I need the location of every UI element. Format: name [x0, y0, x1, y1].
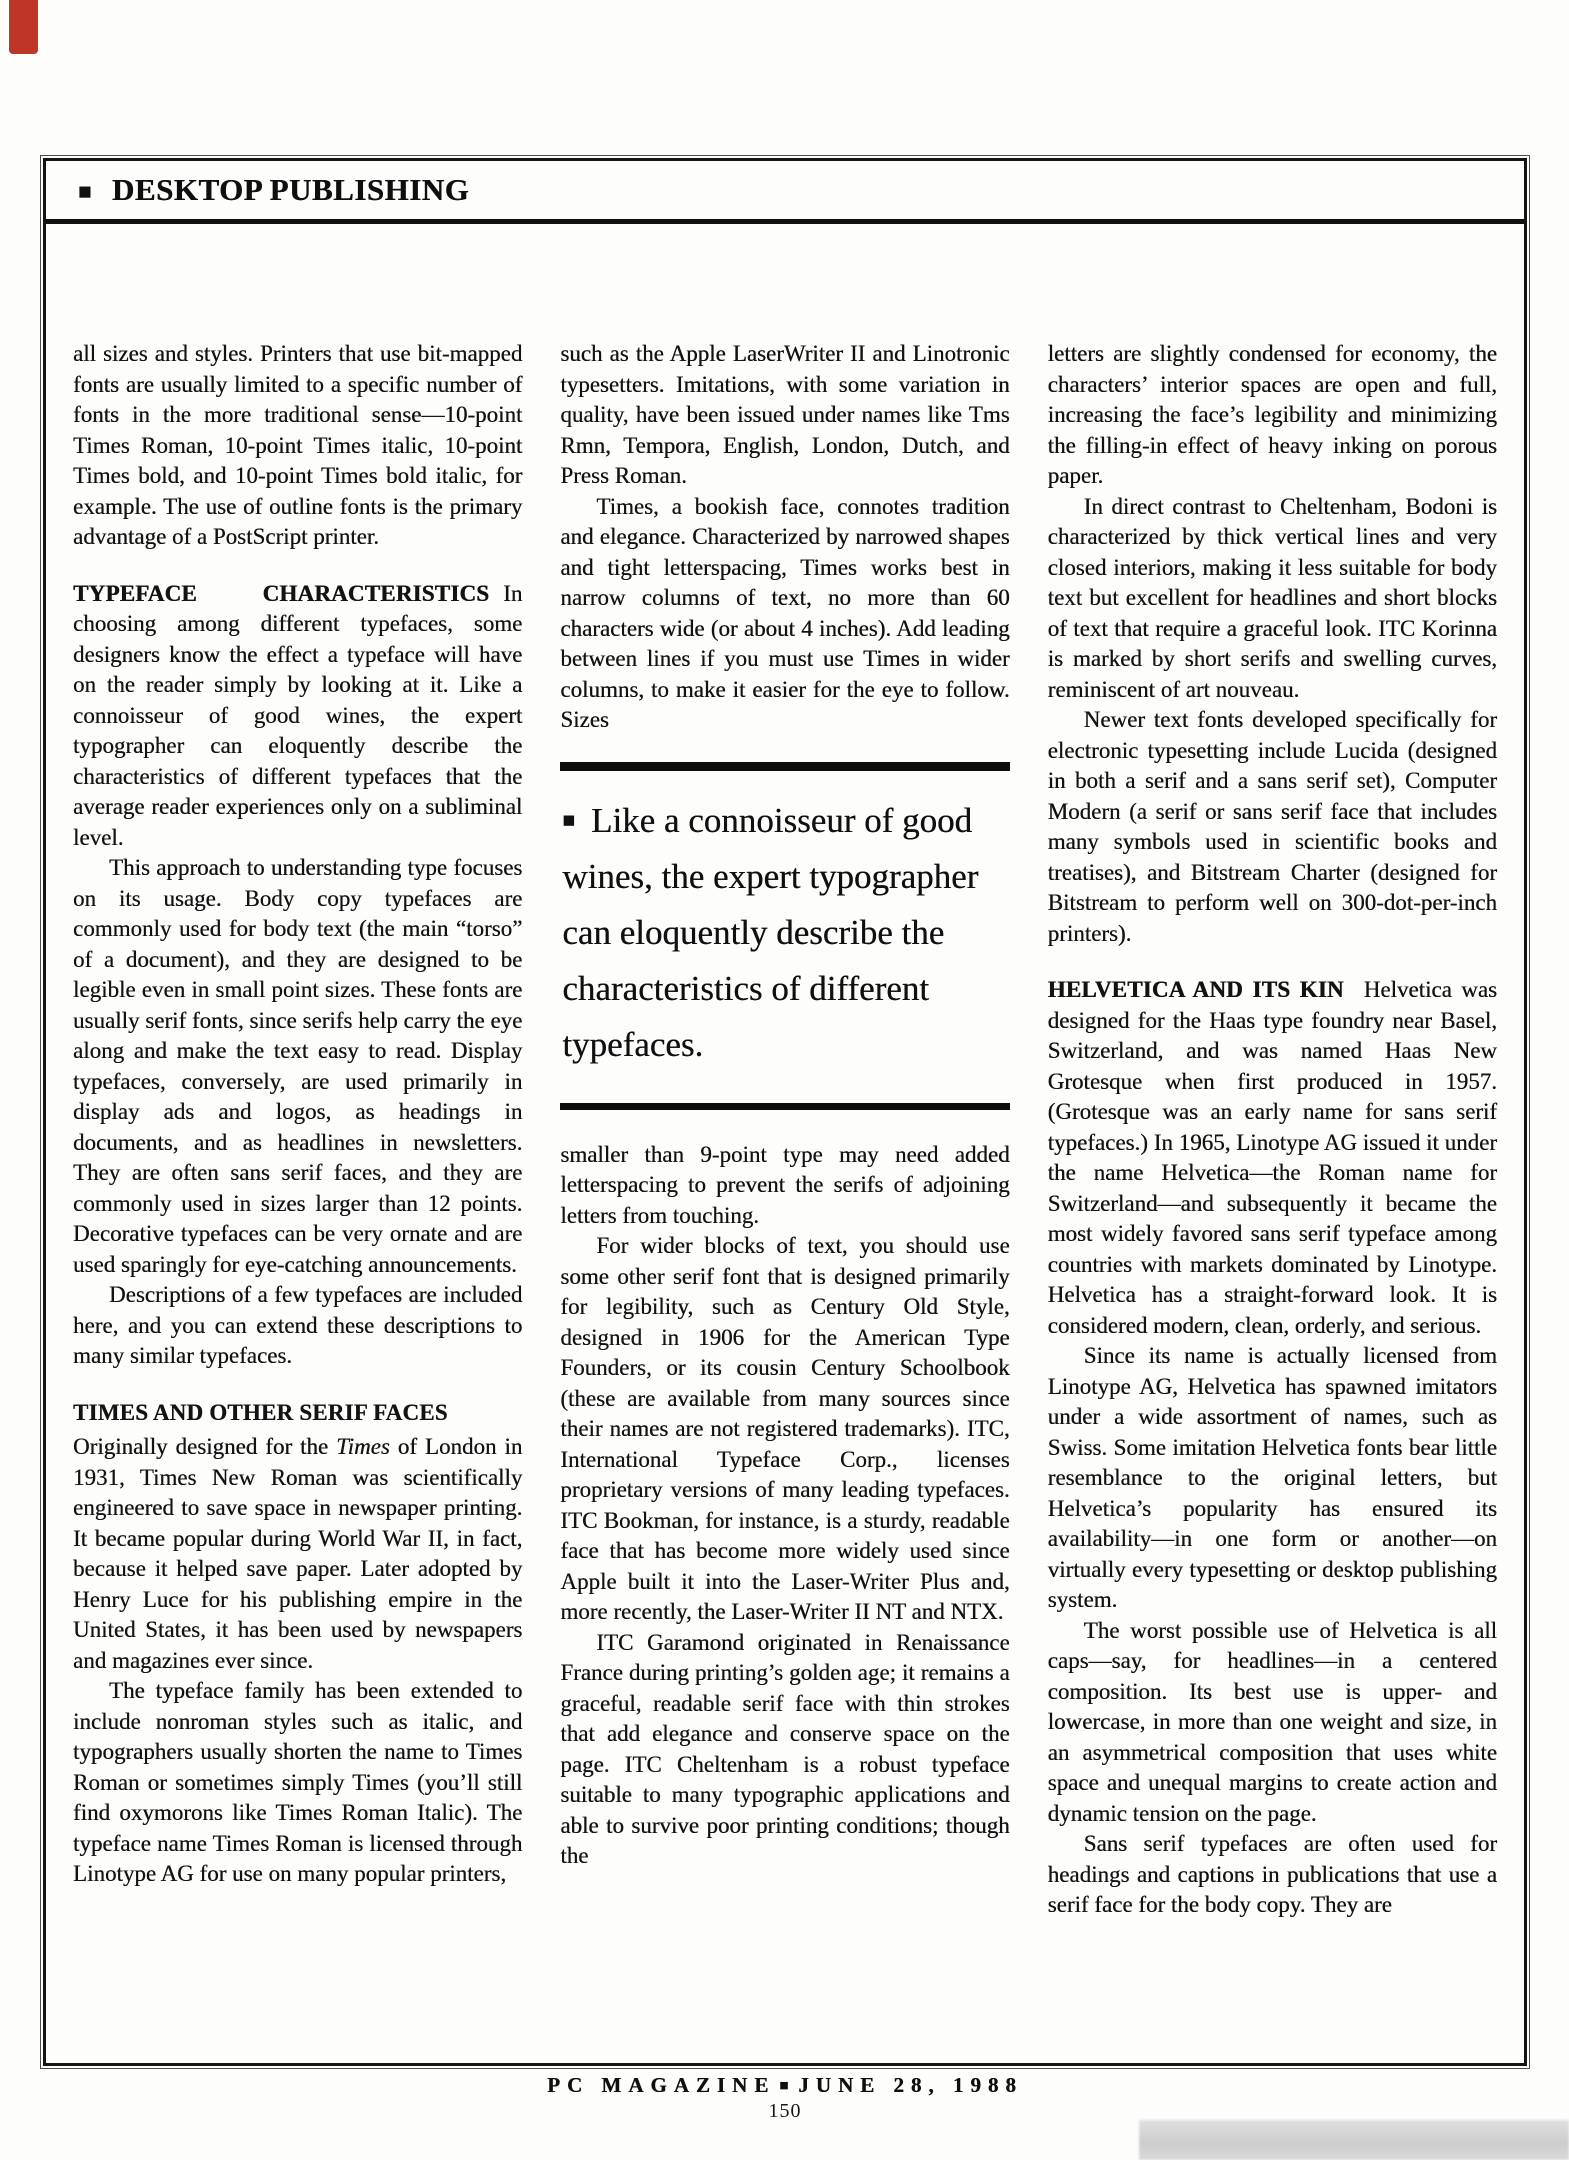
page-title: DESKTOP PUBLISHING — [112, 172, 469, 208]
times-italic-word: Times — [336, 1434, 390, 1459]
col1-continuation-paragraph: all sizes and styles. Printers that use … — [73, 339, 522, 553]
col1-typeface-characteristics-paragraph: TYPEFACE CHARACTERISTICSIn choosing amon… — [73, 579, 522, 854]
article-page: ■ DESKTOP PUBLISHING all sizes and style… — [43, 158, 1527, 2066]
col2-continuation-paragraph: such as the Apple LaserWriter II and Lin… — [560, 339, 1009, 492]
helvetica-and-its-kin-heading: HELVETICA AND ITS KIN — [1048, 977, 1344, 1002]
column-3: letters are slightly condensed for econo… — [1048, 339, 1497, 2063]
scan-smudge — [1139, 2120, 1569, 2160]
page-footer: PC MAGAZINE■JUNE 28, 1988 — [40, 2073, 1530, 2098]
square-bullet-icon: ■ — [779, 2078, 788, 2095]
square-bullet-icon: ■ — [562, 810, 575, 831]
col3-paragraph-3: Newer text fonts developed specifically … — [1048, 705, 1497, 949]
col3-paragraph-6: The worst possible use of Helvetica is a… — [1048, 1616, 1497, 1830]
col1-paragraph-5-post: of London in 1931, Times New Roman was s… — [73, 1434, 522, 1673]
col1-paragraph-6: The typeface family has been extended to… — [73, 1676, 522, 1890]
times-serif-faces-heading: TIMES AND OTHER SERIF FACES — [73, 1398, 522, 1429]
col1-paragraph-5: Originally designed for the Times of Lon… — [73, 1432, 522, 1676]
column-1: all sizes and styles. Printers that use … — [73, 339, 522, 2063]
col1-paragraph-2-text: In choosing among different typefaces, s… — [73, 581, 522, 850]
col2-paragraph-5: ITC Garamond originated in Renaissance F… — [560, 1628, 1009, 1872]
col1-paragraph-5-pre: Originally designed for the — [73, 1434, 336, 1459]
col3-paragraph-4-text: Helvetica was designed for the Haas type… — [1048, 977, 1497, 1338]
page-header: ■ DESKTOP PUBLISHING — [46, 161, 1524, 224]
page-frame: ■ DESKTOP PUBLISHING all sizes and style… — [40, 155, 1530, 2069]
pull-quote-text: Like a connoisseur of good wines, the ex… — [562, 801, 978, 1064]
col3-helvetica-paragraph: HELVETICA AND ITS KINHelvetica was desig… — [1048, 975, 1497, 1341]
pull-quote: ■Like a connoisseur of good wines, the e… — [560, 762, 1009, 1110]
scan-red-mark — [9, 0, 38, 54]
col2-paragraph-2: Times, a bookish face, connotes traditio… — [560, 492, 1009, 736]
square-bullet-icon: ■ — [78, 180, 92, 203]
col1-paragraph-3: This approach to understanding type focu… — [73, 853, 522, 1280]
col3-continuation-paragraph: letters are slightly condensed for econo… — [1048, 339, 1497, 492]
col1-paragraph-4: Descriptions of a few typefaces are incl… — [73, 1280, 522, 1372]
page-root: { "header": { "bullet": "■", "title": "D… — [0, 0, 1569, 2160]
footer-date: JUNE 28, 1988 — [798, 2073, 1023, 2097]
col3-paragraph-5: Since its name is actually licensed from… — [1048, 1341, 1497, 1616]
column-2: such as the Apple LaserWriter II and Lin… — [560, 339, 1009, 2063]
col3-paragraph-2: In direct contrast to Cheltenham, Bodoni… — [1048, 492, 1497, 706]
col2-paragraph-4: For wider blocks of text, you should use… — [560, 1231, 1009, 1628]
col2-paragraph-3: smaller than 9-point type may need added… — [560, 1140, 1009, 1232]
footer-magazine: PC MAGAZINE — [547, 2073, 775, 2097]
article-columns: all sizes and styles. Printers that use … — [46, 227, 1524, 2063]
col3-paragraph-7: Sans serif typefaces are often used for … — [1048, 1829, 1497, 1921]
typeface-characteristics-heading: TYPEFACE CHARACTERISTICS — [73, 581, 489, 606]
